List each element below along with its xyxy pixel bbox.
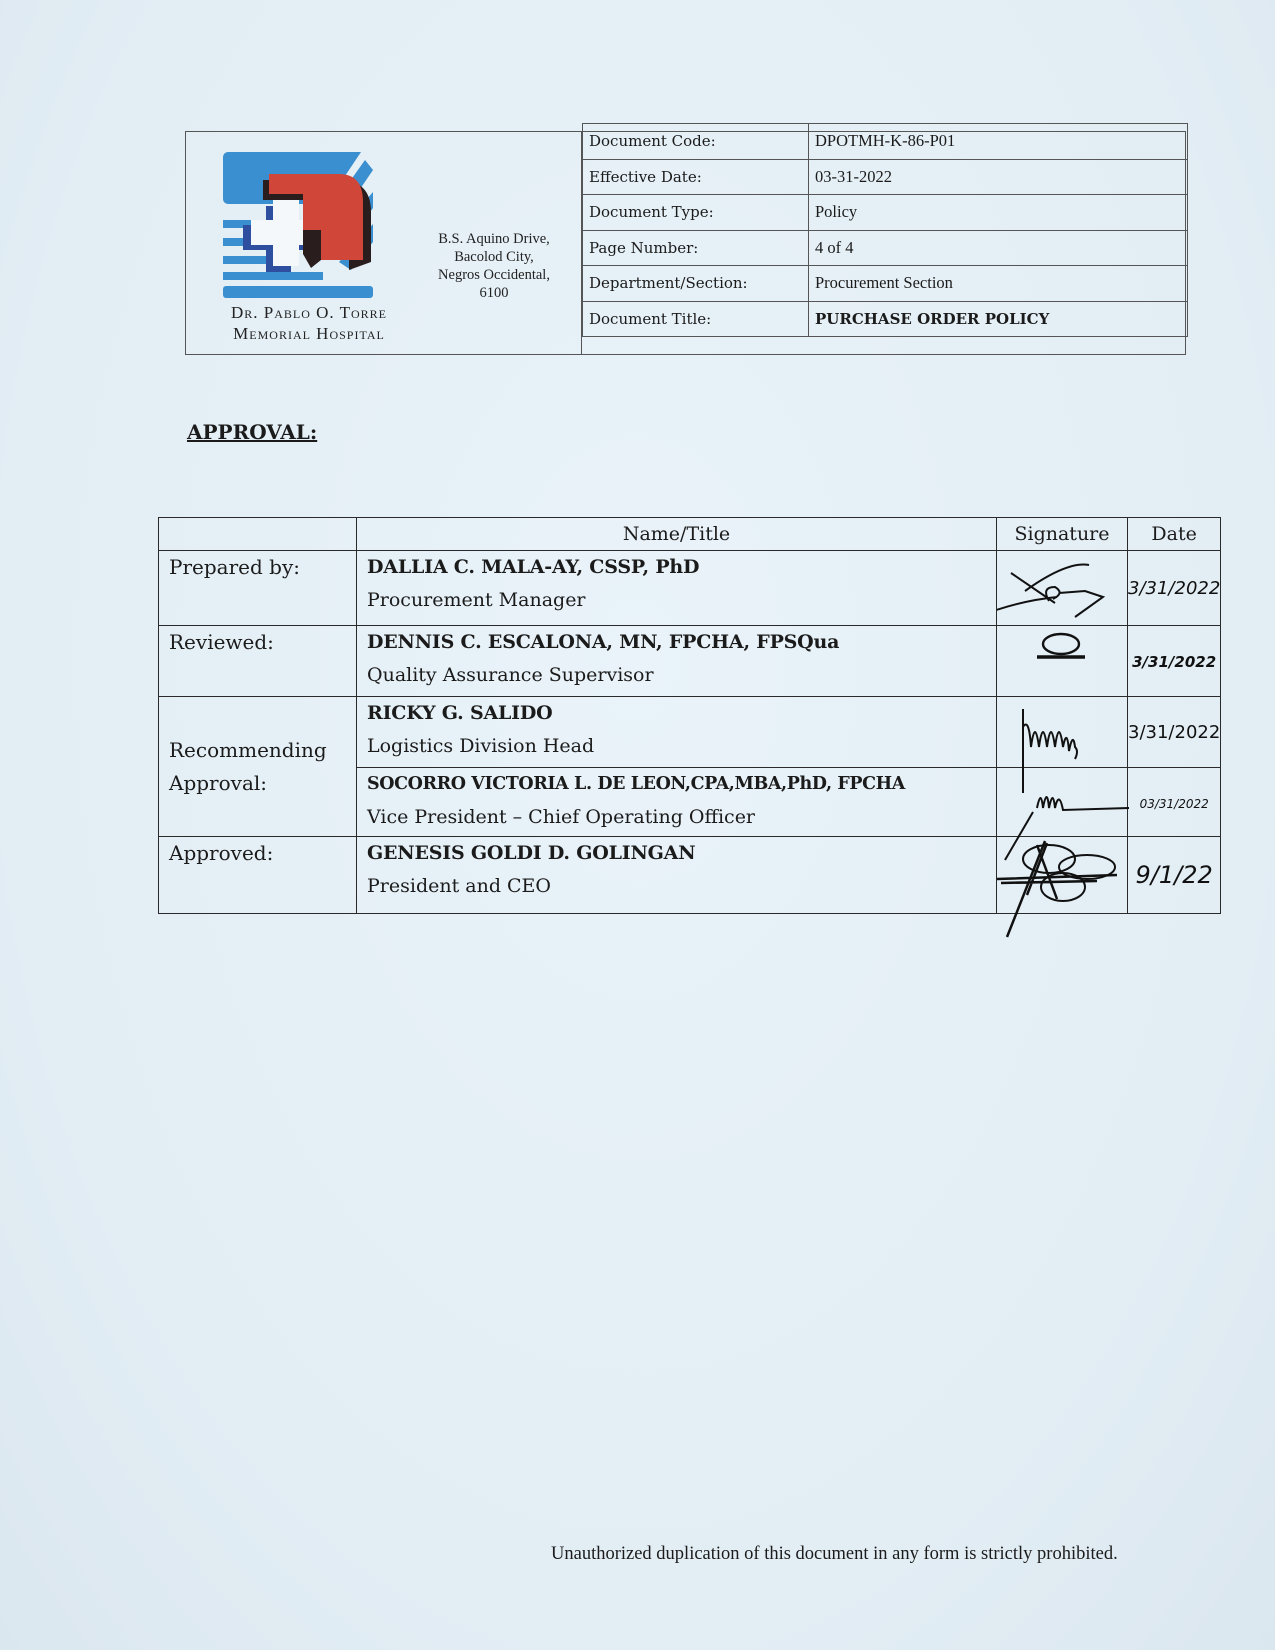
signature-cell: [997, 697, 1128, 768]
info-label: Document Type:: [583, 195, 809, 231]
person-title: Quality Assurance Supervisor: [367, 659, 996, 692]
person-name: SOCORRO VICTORIA L. DE LEON,CPA,MBA,PhD,…: [367, 768, 996, 801]
signed-date: 3/31/2022: [1128, 722, 1220, 743]
info-value: PURCHASE ORDER POLICY: [809, 301, 1188, 337]
column-header-role: [159, 518, 357, 551]
role-label: Prepared by:: [159, 551, 357, 626]
table-row: Reviewed: DENNIS C. ESCALONA, MN, FPCHA,…: [159, 626, 1221, 697]
address-line3: Negros Occidental,: [414, 266, 574, 284]
signature-icon: [997, 697, 1127, 763]
column-header-name-title: Name/Title: [357, 518, 997, 551]
name-title-cell: GENESIS GOLDI D. GOLINGAN President and …: [357, 837, 997, 914]
role-label: Recommending Approval:: [159, 697, 357, 837]
address-line2: Bacolod City,: [414, 248, 574, 266]
date-cell: 3/31/2022: [1128, 626, 1221, 697]
hospital-logo-cross-r-icon: [221, 150, 376, 300]
signed-date: 3/31/2022: [1128, 578, 1220, 599]
date-cell: 03/31/2022: [1128, 768, 1221, 837]
address-line4: 6100: [414, 284, 574, 302]
logo-area: Dr. Pablo O. Torre Memorial Hospital B.S…: [186, 132, 582, 354]
column-header-date: Date: [1128, 518, 1221, 551]
date-cell: 3/31/2022: [1128, 551, 1221, 626]
person-title: Vice President – Chief Operating Officer: [367, 801, 996, 834]
approval-header-row: Name/Title Signature Date: [159, 518, 1221, 551]
table-row: Approved: GENESIS GOLDI D. GOLINGAN Pres…: [159, 837, 1221, 914]
name-title-cell: RICKY G. SALIDO Logistics Division Head: [357, 697, 997, 768]
info-value: 4 of 4: [809, 230, 1188, 266]
info-value: Policy: [809, 195, 1188, 231]
role-label-line2: Approval:: [169, 767, 356, 800]
info-row-document-type: Document Type: Policy: [583, 195, 1188, 231]
signature-cell: [997, 626, 1128, 697]
signature-icon: [997, 837, 1127, 909]
person-name: DALLIA C. MALA-AY, CSSP, PhD: [367, 551, 996, 584]
person-name: DENNIS C. ESCALONA, MN, FPCHA, FPSQua: [367, 626, 996, 659]
info-label: Page Number:: [583, 230, 809, 266]
info-value: DPOTMH-K-86-P01: [809, 124, 1188, 160]
info-row-effective-date: Effective Date: 03-31-2022: [583, 159, 1188, 195]
signature-cell: [997, 551, 1128, 626]
approval-table: Name/Title Signature Date Prepared by: D…: [158, 517, 1221, 914]
info-row-page-number: Page Number: 4 of 4: [583, 230, 1188, 266]
role-label: Approved:: [159, 837, 357, 914]
name-title-cell: DENNIS C. ESCALONA, MN, FPCHA, FPSQua Qu…: [357, 626, 997, 697]
table-row: Recommending Approval: RICKY G. SALIDO L…: [159, 697, 1221, 768]
signature-cell: [997, 768, 1128, 837]
date-cell: 9/1/22: [1128, 837, 1221, 914]
info-row-document-title: Document Title: PURCHASE ORDER POLICY: [583, 301, 1188, 337]
info-label: Effective Date:: [583, 159, 809, 195]
role-label: Reviewed:: [159, 626, 357, 697]
person-name: GENESIS GOLDI D. GOLINGAN: [367, 837, 996, 870]
signed-date: 9/1/22: [1136, 861, 1213, 889]
signed-date: 03/31/2022: [1140, 797, 1209, 811]
person-name: RICKY G. SALIDO: [367, 697, 996, 730]
signature-icon: [997, 768, 1127, 832]
column-header-signature: Signature: [997, 518, 1128, 551]
address-line1: B.S. Aquino Drive,: [414, 230, 574, 248]
hospital-name: Dr. Pablo O. Torre Memorial Hospital: [194, 302, 424, 344]
info-value: 03-31-2022: [809, 159, 1188, 195]
info-row-department: Department/Section: Procurement Section: [583, 266, 1188, 302]
hospital-address: B.S. Aquino Drive, Bacolod City, Negros …: [414, 230, 574, 302]
info-label: Document Code:: [583, 124, 809, 160]
role-label-line1: Recommending: [169, 734, 356, 767]
person-title: Procurement Manager: [367, 584, 996, 617]
person-title: President and CEO: [367, 870, 996, 903]
document-info-table: Document Code: DPOTMH-K-86-P01 Effective…: [582, 123, 1188, 337]
signature-cell: [997, 837, 1128, 914]
hospital-name-line1: Dr. Pablo O. Torre: [194, 302, 424, 323]
hospital-name-line2: Memorial Hospital: [194, 323, 424, 344]
footer-notice: Unauthorized duplication of this documen…: [551, 1544, 1118, 1565]
name-title-cell: DALLIA C. MALA-AY, CSSP, PhD Procurement…: [357, 551, 997, 626]
info-row-document-code: Document Code: DPOTMH-K-86-P01: [583, 124, 1188, 160]
table-row: Prepared by: DALLIA C. MALA-AY, CSSP, Ph…: [159, 551, 1221, 626]
person-title: Logistics Division Head: [367, 730, 996, 763]
document-header: Dr. Pablo O. Torre Memorial Hospital B.S…: [185, 131, 1186, 355]
approval-heading: APPROVAL:: [187, 420, 317, 444]
signature-icon: [997, 626, 1127, 692]
info-value: Procurement Section: [809, 266, 1188, 302]
info-label: Department/Section:: [583, 266, 809, 302]
name-title-cell: SOCORRO VICTORIA L. DE LEON,CPA,MBA,PhD,…: [357, 768, 997, 837]
info-label: Document Title:: [583, 301, 809, 337]
signature-icon: [997, 551, 1127, 621]
signed-date: 3/31/2022: [1132, 653, 1216, 671]
date-cell: 3/31/2022: [1128, 697, 1221, 768]
